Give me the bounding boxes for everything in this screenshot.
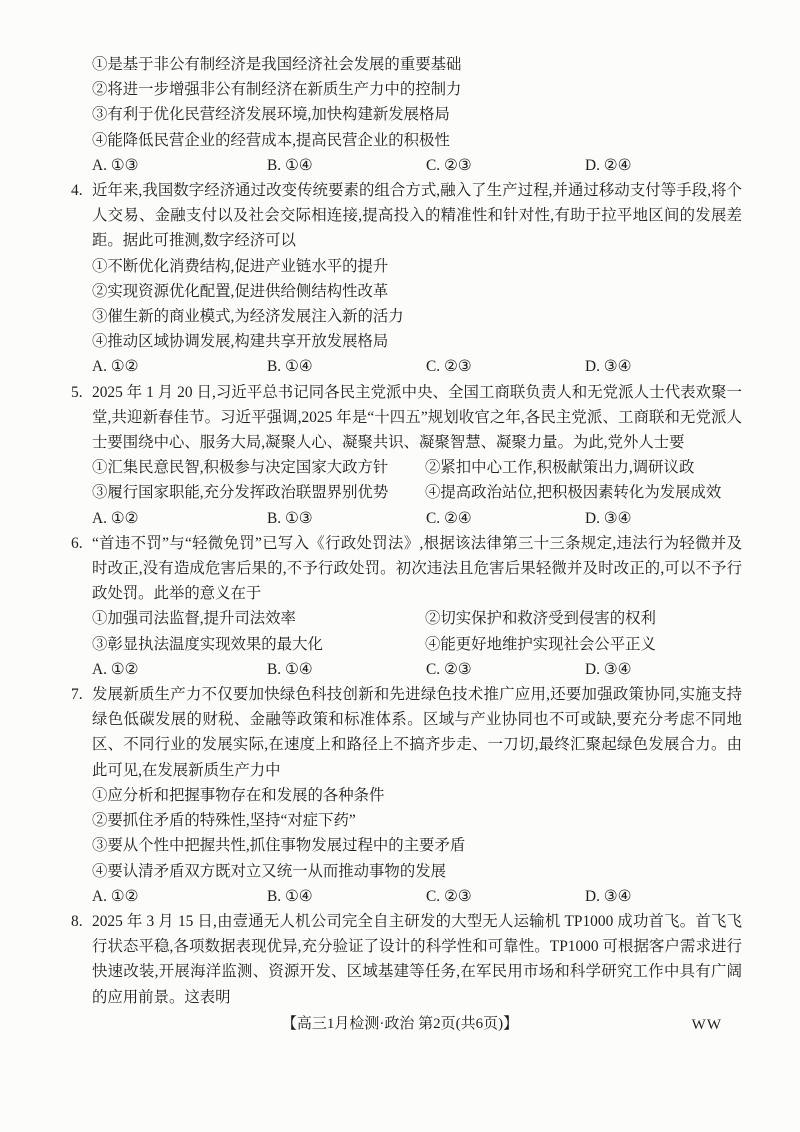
answer-choice-d: D. ③④ <box>585 884 742 909</box>
question-number: 6. <box>71 531 83 556</box>
option-row: ①加强司法监督,提升司法效率 ②切实保护和救济受到侵害的权利 <box>92 606 742 631</box>
option-line: ②实现资源优化配置,促进供给侧结构性改革 <box>92 279 742 304</box>
answer-choice-d: D. ③④ <box>585 354 742 379</box>
question-stem: 8.2025 年 3 月 15 日,由壹通无人机公司完全自主研发的大型无人运输机… <box>92 909 742 1010</box>
option-line: ①加强司法监督,提升司法效率 <box>92 606 425 631</box>
footer-page-info: 【高三1月检测·政治 第2页(共6页)】 <box>282 1016 518 1032</box>
question-stem: 7.发展新质生产力不仅要加快绿色科技创新和先进绿色技术推广应用,还要加强政策协同… <box>92 682 742 783</box>
answer-choice-a: A. ①② <box>92 657 267 682</box>
option-row: ①汇集民意民智,积极参与决定国家大政方针 ②紧扣中心工作,积极献策出力,调研议政 <box>92 455 742 480</box>
question-3-continuation: ①是基于非公有制经济是我国经济社会发展的重要基础 ②将进一步增强非公有制经济在新… <box>92 52 742 178</box>
option-line: ①汇集民意民智,积极参与决定国家大政方针 <box>92 455 425 480</box>
answer-choice-c: C. ②③ <box>426 153 585 178</box>
question-stem: 6.“首违不罚”与“轻微免罚”已写入《行政处罚法》,根据该法律第三十三条规定,违… <box>92 531 742 607</box>
answer-choice-a: A. ①② <box>92 354 267 379</box>
answer-choice-d: D. ③④ <box>585 657 742 682</box>
option-line: ②将进一步增强非公有制经济在新质生产力中的控制力 <box>92 77 742 102</box>
answer-choice-b: B. ①④ <box>267 884 426 909</box>
option-row: ③履行国家职能,充分发挥政治联盟界别优势 ④提高政治站位,把积极因素转化为发展成… <box>92 480 742 505</box>
answer-choice-a: A. ①③ <box>92 153 267 178</box>
option-line: ③要从个性中把握共性,抓住事物发展过程中的主要矛盾 <box>92 833 742 858</box>
answer-choice-d: D. ③④ <box>585 506 742 531</box>
question-stem-text: 2025 年 1 月 20 日,习近平总书记同各民主党派中央、全国工商联负责人和… <box>92 384 742 451</box>
question-stem-text: 近年来,我国数字经济通过改变传统要素的组合方式,融入了生产过程,并通过移动支付等… <box>92 182 742 249</box>
question-number: 5. <box>71 380 83 405</box>
option-line: ③履行国家职能,充分发挥政治联盟界别优势 <box>92 480 425 505</box>
page-content: ①是基于非公有制经济是我国经济社会发展的重要基础 ②将进一步增强非公有制经济在新… <box>92 52 742 1010</box>
answer-choice-b: B. ①④ <box>267 657 426 682</box>
answer-choice-c: C. ②③ <box>426 657 585 682</box>
option-line: ①应分析和把握事物存在和发展的各种条件 <box>92 783 742 808</box>
question-number: 4. <box>71 178 83 203</box>
answer-choice-c: C. ②③ <box>426 354 585 379</box>
question-5: 5.2025 年 1 月 20 日,习近平总书记同各民主党派中央、全国工商联负责… <box>92 380 742 531</box>
option-line: ②紧扣中心工作,积极献策出力,调研议政 <box>425 455 742 480</box>
question-stem: 4.近年来,我国数字经济通过改变传统要素的组合方式,融入了生产过程,并通过移动支… <box>92 178 742 254</box>
option-line: ①是基于非公有制经济是我国经济社会发展的重要基础 <box>92 52 742 77</box>
option-line: ③彰显执法温度实现效果的最大化 <box>92 632 425 657</box>
answer-row: A. ①② B. ①④ C. ②③ D. ③④ <box>92 657 742 682</box>
question-number: 8. <box>71 909 83 934</box>
answer-row: A. ①② B. ①④ C. ②③ D. ③④ <box>92 884 742 909</box>
option-line: ③催生新的商业模式,为经济发展注入新的活力 <box>92 304 742 329</box>
option-line: ④提高政治站位,把积极因素转化为发展成效 <box>425 480 742 505</box>
question-stem: 5.2025 年 1 月 20 日,习近平总书记同各民主党派中央、全国工商联负责… <box>92 380 742 456</box>
option-line: ④能更好地维护实现社会公平正义 <box>425 632 742 657</box>
question-4: 4.近年来,我国数字经济通过改变传统要素的组合方式,融入了生产过程,并通过移动支… <box>92 178 742 380</box>
option-line: ③有利于优化民营经济发展环境,加快构建新发展格局 <box>92 102 742 127</box>
answer-choice-b: B. ①③ <box>267 506 426 531</box>
option-line: ②要抓住矛盾的特殊性,坚持“对症下药” <box>92 808 742 833</box>
question-6: 6.“首违不罚”与“轻微免罚”已写入《行政处罚法》,根据该法律第三十三条规定,违… <box>92 531 742 682</box>
option-line: ④要认清矛盾双方既对立又统一从而推动事物的发展 <box>92 859 742 884</box>
answer-row: A. ①② B. ①④ C. ②③ D. ③④ <box>92 354 742 379</box>
answer-choice-c: C. ②③ <box>426 884 585 909</box>
footer-watermark: WW <box>692 1015 722 1035</box>
page-footer: 【高三1月检测·政治 第2页(共6页)】 WW <box>0 1014 800 1034</box>
question-7: 7.发展新质生产力不仅要加快绿色科技创新和先进绿色技术推广应用,还要加强政策协同… <box>92 682 742 909</box>
question-8: 8.2025 年 3 月 15 日,由壹通无人机公司完全自主研发的大型无人运输机… <box>92 909 742 1010</box>
answer-row: A. ①② B. ①③ C. ②④ D. ③④ <box>92 506 742 531</box>
answer-row: A. ①③ B. ①④ C. ②③ D. ②④ <box>92 153 742 178</box>
answer-choice-a: A. ①② <box>92 884 267 909</box>
exam-page: ①是基于非公有制经济是我国经济社会发展的重要基础 ②将进一步增强非公有制经济在新… <box>0 0 800 1132</box>
answer-choice-c: C. ②④ <box>426 506 585 531</box>
answer-choice-a: A. ①② <box>92 506 267 531</box>
option-row: ③彰显执法温度实现效果的最大化 ④能更好地维护实现社会公平正义 <box>92 632 742 657</box>
option-line: ④能降低民营企业的经营成本,提高民营企业的积极性 <box>92 128 742 153</box>
question-stem-text: 发展新质生产力不仅要加快绿色科技创新和先进绿色技术推广应用,还要加强政策协同,实… <box>92 686 742 779</box>
answer-choice-b: B. ①④ <box>267 354 426 379</box>
answer-choice-d: D. ②④ <box>585 153 742 178</box>
question-stem-text: 2025 年 3 月 15 日,由壹通无人机公司完全自主研发的大型无人运输机 T… <box>92 913 742 1006</box>
question-number: 7. <box>71 682 83 707</box>
option-line: ④推动区域协调发展,构建共享开放发展格局 <box>92 329 742 354</box>
question-stem-text: “首违不罚”与“轻微免罚”已写入《行政处罚法》,根据该法律第三十三条规定,违法行… <box>92 535 742 602</box>
option-line: ②切实保护和救济受到侵害的权利 <box>425 606 742 631</box>
option-line: ①不断优化消费结构,促进产业链水平的提升 <box>92 254 742 279</box>
answer-choice-b: B. ①④ <box>267 153 426 178</box>
